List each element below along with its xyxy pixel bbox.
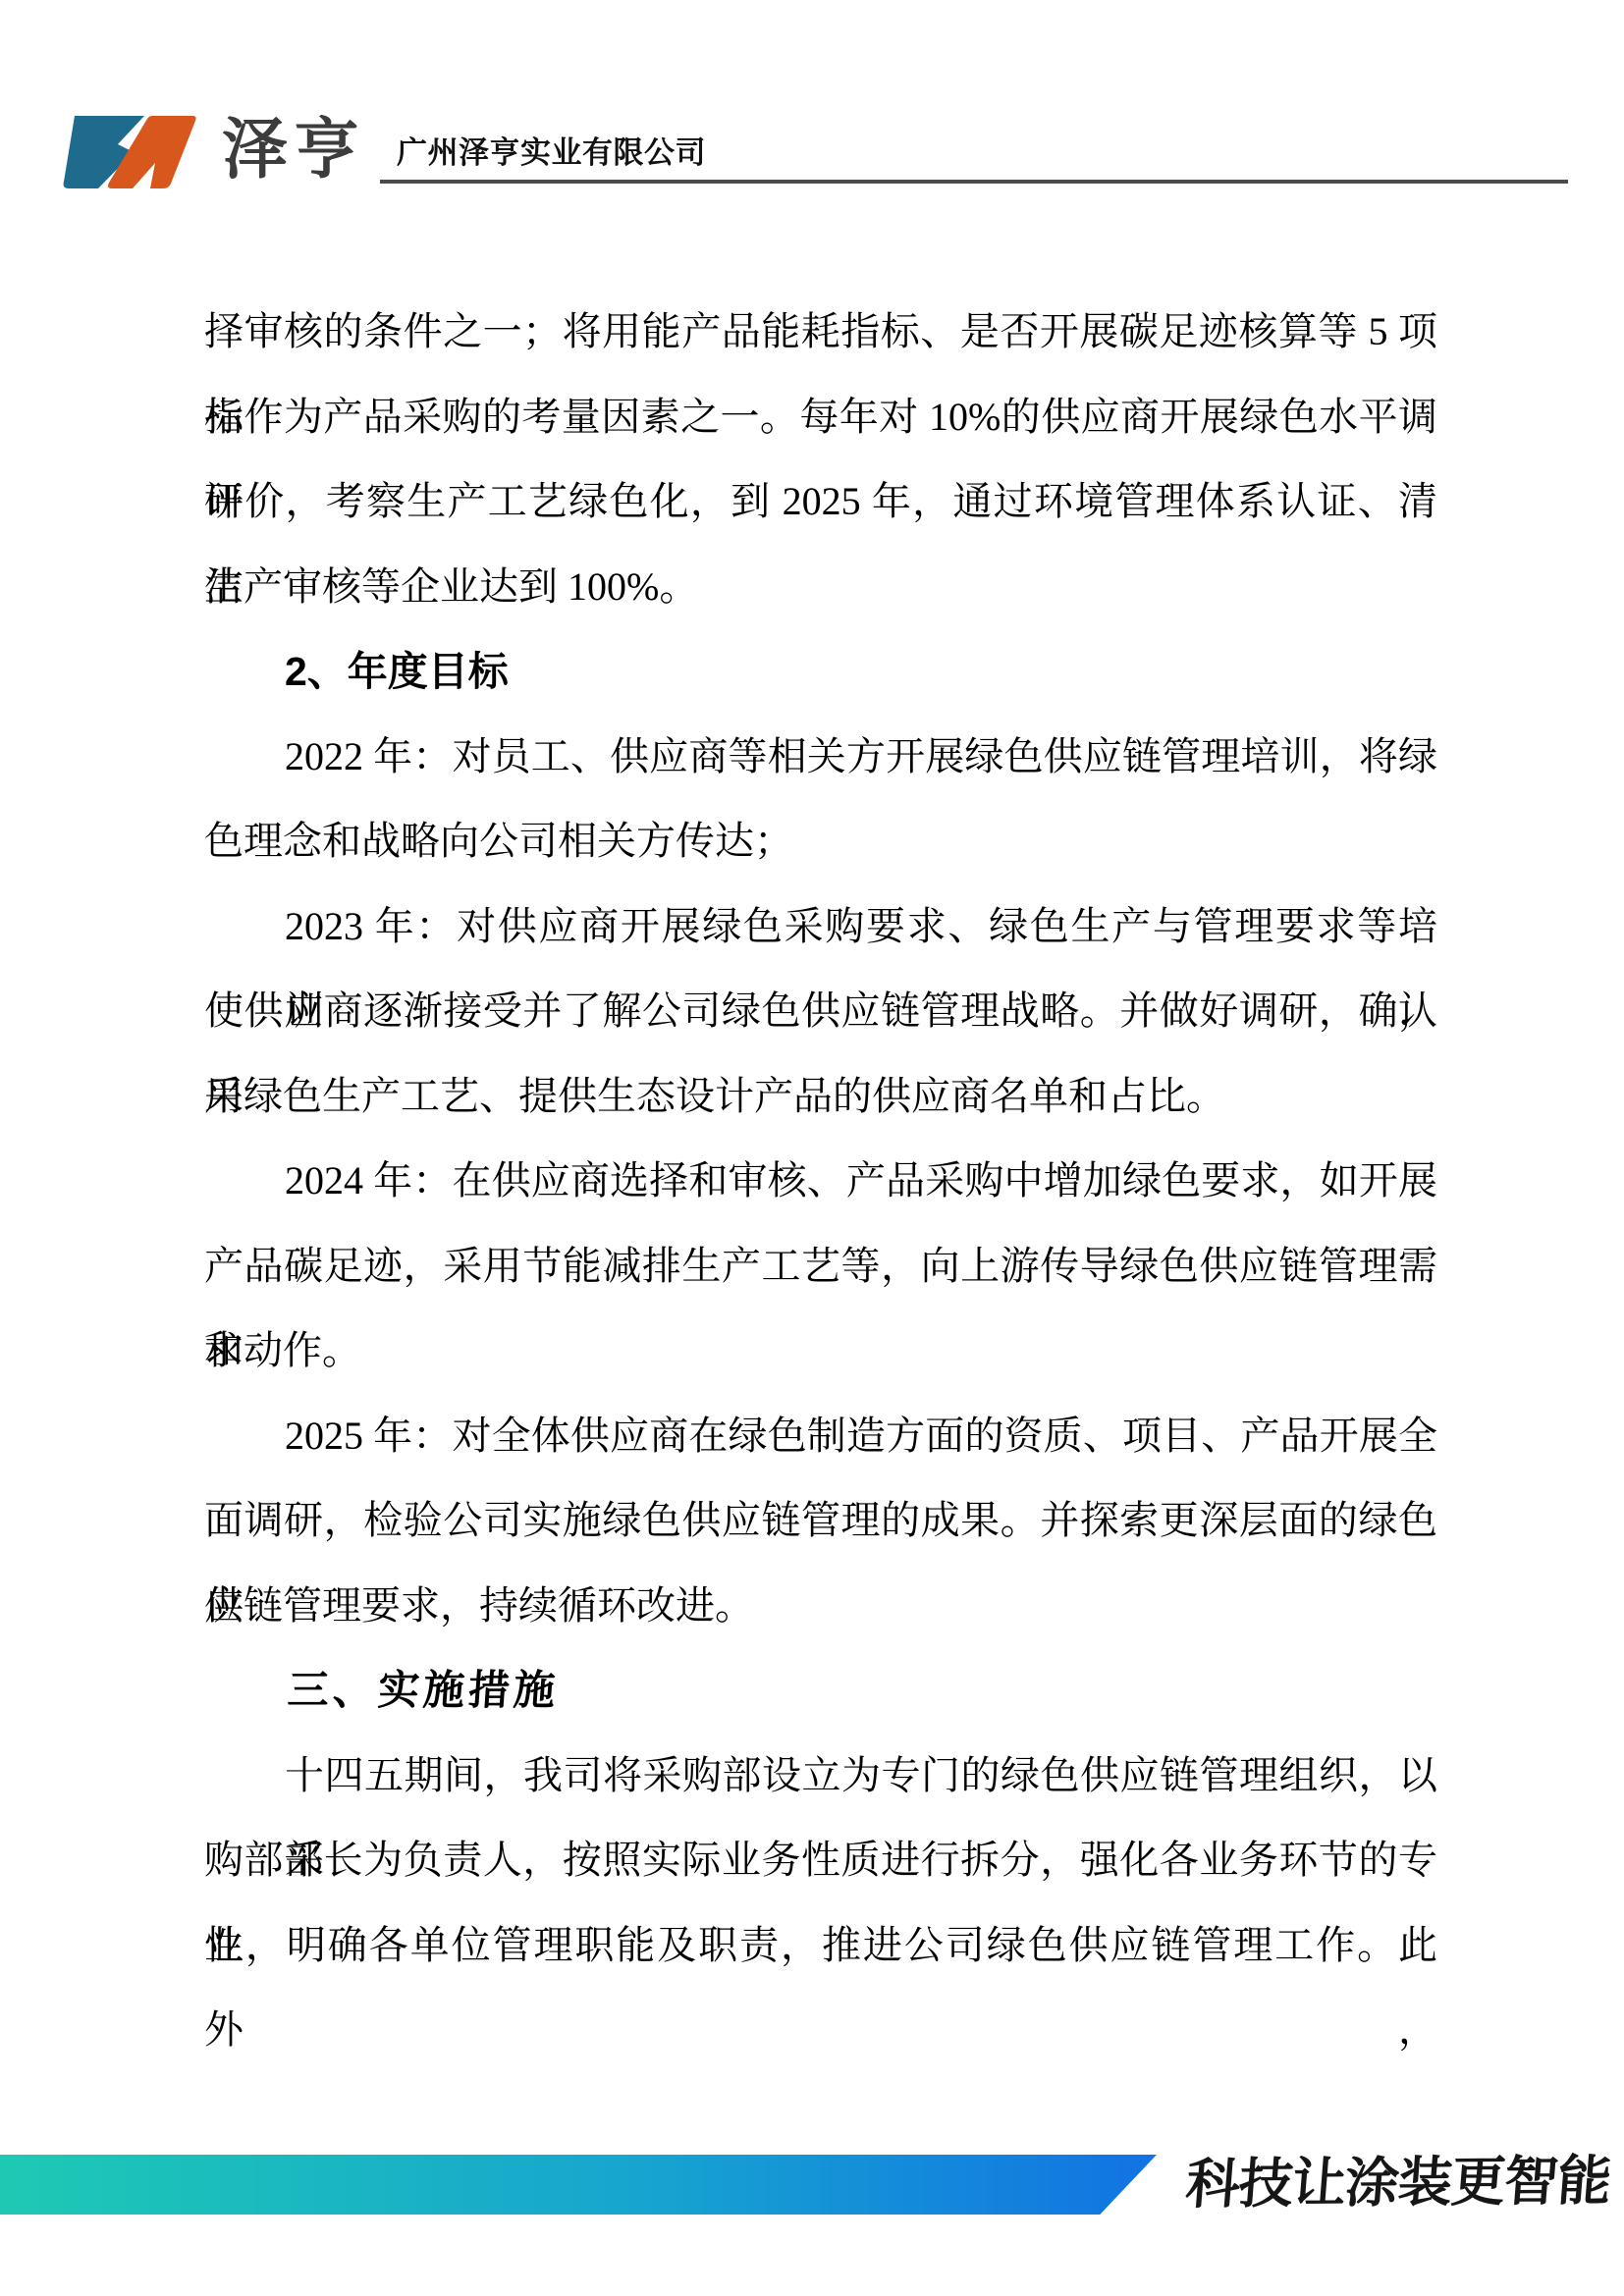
text-line: 使供应商逐渐接受并了解公司绿色供应链管理战略。并做好调研，确认采 xyxy=(204,969,1437,1054)
text-line: 2024 年：在供应商选择和审核、产品采购中增加绿色要求，如开展 xyxy=(204,1139,1437,1224)
header-rule xyxy=(380,180,1568,184)
section-heading: 三、实施措施 xyxy=(204,1648,1443,1734)
company-name: 广州泽亨实业有限公司 xyxy=(397,133,706,174)
text-line: 应链管理要求，持续循环改进。 xyxy=(204,1564,1437,1649)
text-line: 2022 年：对员工、供应商等相关方开展绿色供应链管理培训，将绿 xyxy=(204,715,1437,800)
text-line: 色理念和战略向公司相关方传达； xyxy=(204,799,1437,884)
footer-slogan: 科技让涂装更智能 xyxy=(1183,2138,1602,2226)
text-line: 标作为产品采购的考量因素之一。每年对 10%的供应商开展绿色水平调研 xyxy=(204,375,1437,460)
document-page: 泽亨 广州泽亨实业有限公司 择审核的条件之一；将用能产品能耗指标、是否开展碳足迹… xyxy=(0,0,1624,2296)
text-line: 用绿色生产工艺、提供生态设计产品的供应商名单和占比。 xyxy=(204,1054,1437,1140)
text-line: 生产审核等企业达到 100%。 xyxy=(204,545,1437,630)
text-line: 面调研，检验公司实施绿色供应链管理的成果。并探索更深层面的绿色供 xyxy=(204,1478,1437,1564)
text-line: 评价，考察生产工艺绿色化，到 2025 年，通过环境管理体系认证、清洁 xyxy=(204,459,1437,545)
text-line: 2023 年：对供应商开展绿色采购要求、绿色生产与管理要求等培训， xyxy=(204,884,1437,970)
text-line: 择审核的条件之一；将用能产品能耗指标、是否开展碳足迹核算等 5 项指 xyxy=(204,290,1437,375)
company-logo-icon xyxy=(61,114,198,190)
text-line: 产品碳足迹，采用节能减排生产工艺等，向上游传导绿色供应链管理需求 xyxy=(204,1224,1437,1309)
document-lines: 择审核的条件之一；将用能产品能耗指标、是否开展碳足迹核算等 5 项指标作为产品采… xyxy=(204,290,1437,1988)
text-line: 十四五期间，我司将采购部设立为专门的绿色供应链管理组织，以采 xyxy=(204,1734,1437,1819)
logo-wordmark: 泽亨 xyxy=(222,108,365,192)
section-heading: 2、年度目标 xyxy=(204,629,1437,715)
text-line: 和动作。 xyxy=(204,1308,1437,1394)
footer-gradient-bar xyxy=(0,2155,1157,2215)
text-line: 购部部长为负责人，按照实际业务性质进行拆分，强化各业务环节的专业 xyxy=(204,1818,1437,1903)
text-line: 2025 年：对全体供应商在绿色制造方面的资质、项目、产品开展全 xyxy=(204,1394,1437,1479)
text-line: 性，明确各单位管理职能及职责，推进公司绿色供应链管理工作。此外， xyxy=(204,1903,1437,1989)
